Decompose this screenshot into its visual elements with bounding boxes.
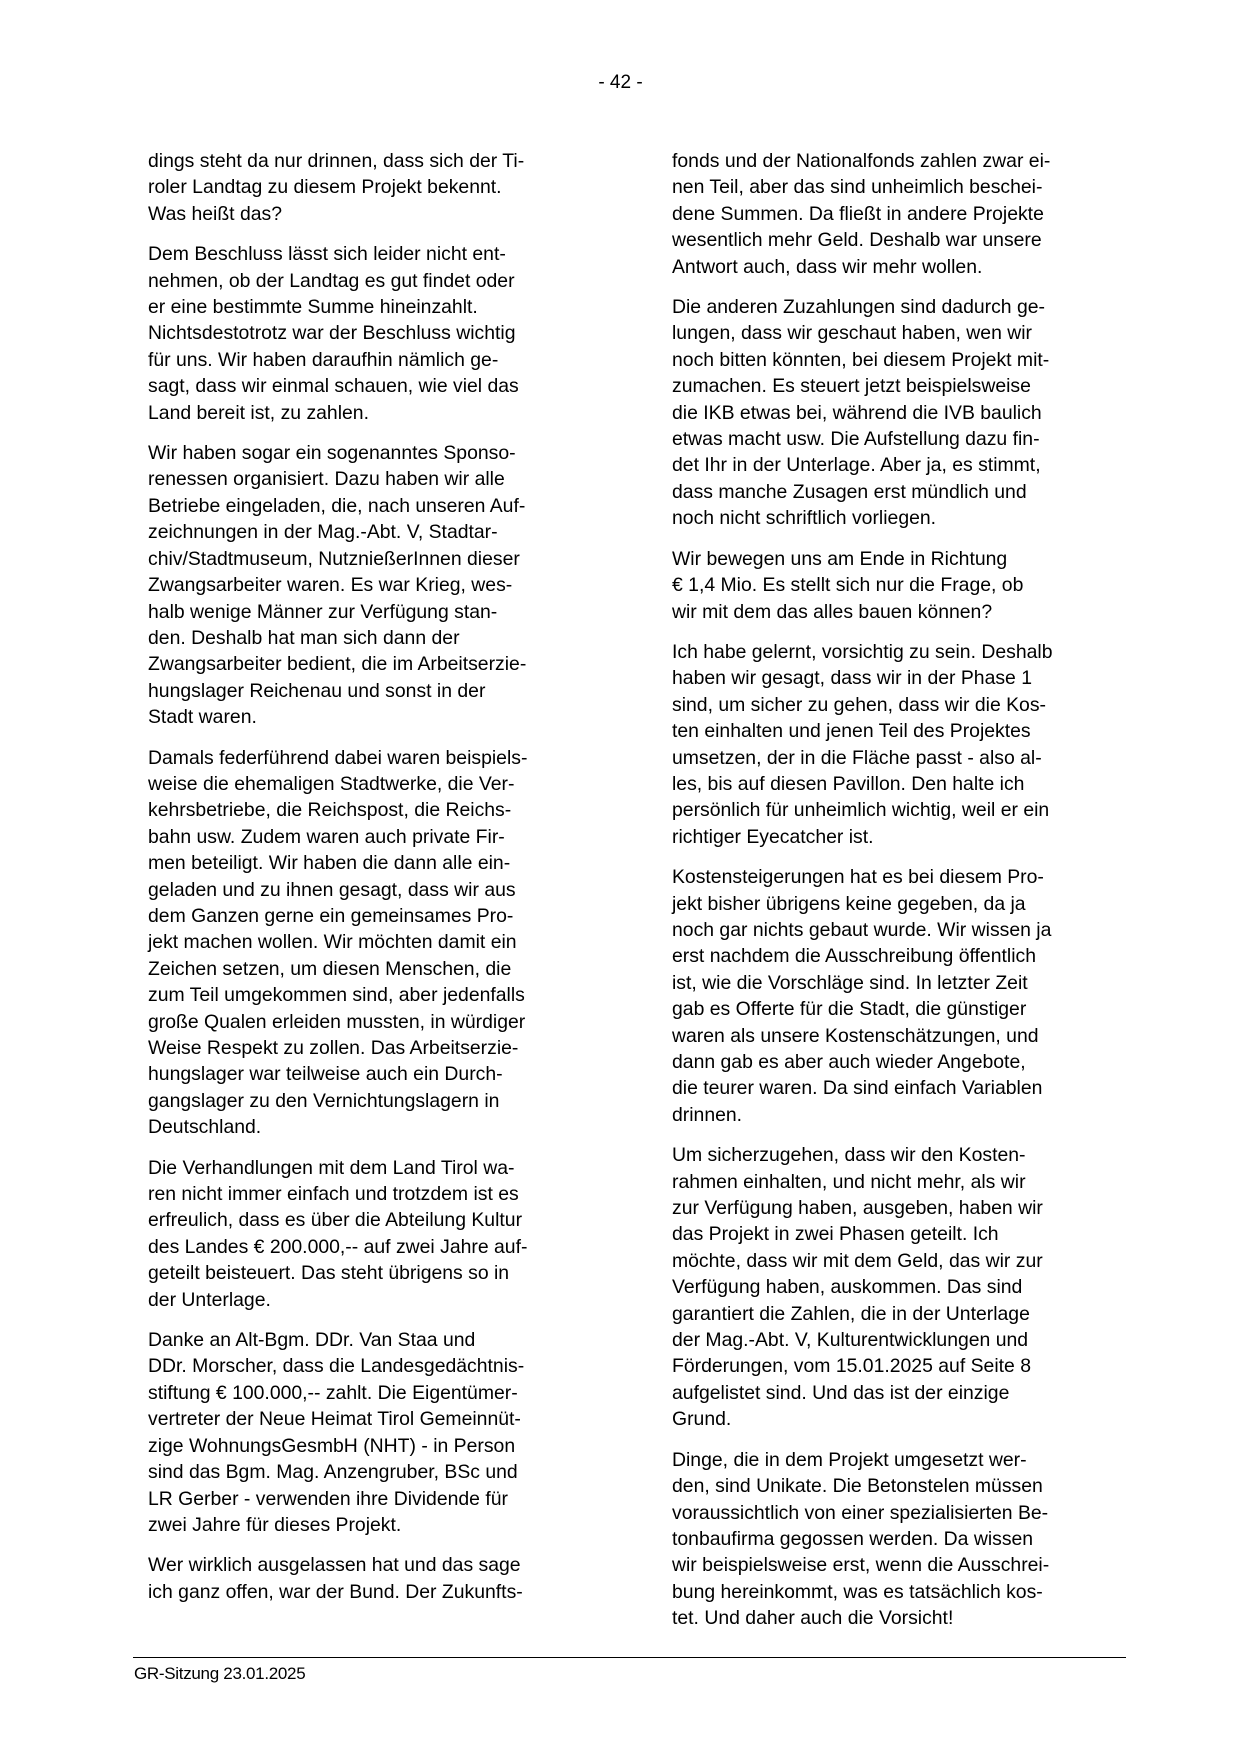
text-line: Wer wirklich ausgelassen hat und das sag…: [148, 1552, 598, 1578]
text-line: Weise Respekt zu zollen. Das Arbeitserzi…: [148, 1035, 598, 1061]
footer-divider: [133, 1657, 1126, 1658]
text-line: fonds und der Nationalfonds zahlen zwar …: [672, 148, 1122, 174]
text-line: LR Gerber - verwenden ihre Dividende für: [148, 1486, 598, 1512]
text-line: hungslager war teilweise auch ein Durch-: [148, 1061, 598, 1087]
text-line: sind das Bgm. Mag. Anzengruber, BSc und: [148, 1459, 598, 1485]
left-column: dings steht da nur drinnen, dass sich de…: [148, 148, 598, 1619]
text-line: die IKB etwas bei, während die IVB bauli…: [672, 400, 1122, 426]
text-line: gangslager zu den Vernichtungslagern in: [148, 1088, 598, 1114]
paragraph: dings steht da nur drinnen, dass sich de…: [148, 148, 598, 227]
text-line: roler Landtag zu diesem Projekt bekennt.: [148, 174, 598, 200]
text-line: zige WohnungsGesmbH (NHT) - in Person: [148, 1433, 598, 1459]
text-line: ist, wie die Vorschläge sind. In letzter…: [672, 970, 1122, 996]
text-line: bung hereinkommt, was es tatsächlich kos…: [672, 1579, 1122, 1605]
text-line: Zwangsarbeiter bedient, die im Arbeitser…: [148, 651, 598, 677]
text-line: große Qualen erleiden mussten, in würdig…: [148, 1009, 598, 1035]
paragraph: Wer wirklich ausgelassen hat und das sag…: [148, 1552, 598, 1605]
text-line: noch bitten könnten, bei diesem Projekt …: [672, 347, 1122, 373]
paragraph: Kostensteigerungen hat es bei diesem Pro…: [672, 864, 1122, 1128]
paragraph: Damals federführend dabei waren beispiel…: [148, 745, 598, 1141]
text-line: persönlich für unheimlich wichtig, weil …: [672, 797, 1122, 823]
text-line: stiftung € 100.000,-- zahlt. Die Eigentü…: [148, 1380, 598, 1406]
text-line: Stadt waren.: [148, 704, 598, 730]
text-line: ten einhalten und jenen Teil des Projekt…: [672, 718, 1122, 744]
text-line: erst nachdem die Ausschreibung öffentlic…: [672, 943, 1122, 969]
paragraph: Dem Beschluss lässt sich leider nicht en…: [148, 241, 598, 426]
text-line: Danke an Alt-Bgm. DDr. Van Staa und: [148, 1327, 598, 1353]
paragraph: Danke an Alt-Bgm. DDr. Van Staa undDDr. …: [148, 1327, 598, 1538]
text-line: möchte, dass wir mit dem Geld, das wir z…: [672, 1248, 1122, 1274]
text-line: ich ganz offen, war der Bund. Der Zukunf…: [148, 1579, 598, 1605]
text-line: zur Verfügung haben, ausgeben, haben wir: [672, 1195, 1122, 1221]
text-line: weise die ehemaligen Stadtwerke, die Ver…: [148, 771, 598, 797]
text-line: nehmen, ob der Landtag es gut findet ode…: [148, 268, 598, 294]
text-line: wir mit dem das alles bauen können?: [672, 599, 1122, 625]
text-line: nen Teil, aber das sind unheimlich besch…: [672, 174, 1122, 200]
text-line: vertreter der Neue Heimat Tirol Gemeinnü…: [148, 1406, 598, 1432]
paragraph: Ich habe gelernt, vorsichtig zu sein. De…: [672, 639, 1122, 850]
text-line: tet. Und daher auch die Vorsicht!: [672, 1605, 1122, 1631]
text-line: halb wenige Männer zur Verfügung stan-: [148, 599, 598, 625]
text-line: den. Deshalb hat man sich dann der: [148, 625, 598, 651]
text-line: Zeichen setzen, um diesen Menschen, die: [148, 956, 598, 982]
text-line: kehrsbetriebe, die Reichspost, die Reich…: [148, 797, 598, 823]
text-line: Zwangsarbeiter waren. Es war Krieg, wes-: [148, 572, 598, 598]
text-line: chiv/Stadtmuseum, NutznießerInnen dieser: [148, 546, 598, 572]
text-line: Grund.: [672, 1406, 1122, 1432]
text-line: zumachen. Es steuert jetzt beispielsweis…: [672, 373, 1122, 399]
text-line: gab es Offerte für die Stadt, die günsti…: [672, 996, 1122, 1022]
text-line: Land bereit ist, zu zahlen.: [148, 400, 598, 426]
text-line: den, sind Unikate. Die Betonstelen müsse…: [672, 1473, 1122, 1499]
text-line: die teurer waren. Da sind einfach Variab…: [672, 1075, 1122, 1101]
text-line: für uns. Wir haben daraufhin nämlich ge-: [148, 347, 598, 373]
text-line: lungen, dass wir geschaut haben, wen wir: [672, 320, 1122, 346]
text-line: zum Teil umgekommen sind, aber jedenfall…: [148, 982, 598, 1008]
text-line: Damals federführend dabei waren beispiel…: [148, 745, 598, 771]
text-line: noch gar nichts gebaut wurde. Wir wissen…: [672, 917, 1122, 943]
text-line: € 1,4 Mio. Es stellt sich nur die Frage,…: [672, 572, 1122, 598]
text-line: zwei Jahre für dieses Projekt.: [148, 1512, 598, 1538]
text-line: das Projekt in zwei Phasen geteilt. Ich: [672, 1221, 1122, 1247]
paragraph: Um sicherzugehen, dass wir den Kosten-ra…: [672, 1142, 1122, 1432]
paragraph: Wir haben sogar ein sogenanntes Sponso-r…: [148, 440, 598, 730]
text-line: geteilt beisteuert. Das steht übrigens s…: [148, 1260, 598, 1286]
text-line: DDr. Morscher, dass die Landesgedächtnis…: [148, 1353, 598, 1379]
text-line: richtiger Eyecatcher ist.: [672, 824, 1122, 850]
text-line: er eine bestimmte Summe hineinzahlt.: [148, 294, 598, 320]
text-line: Deutschland.: [148, 1114, 598, 1140]
text-line: tonbaufirma gegossen werden. Da wissen: [672, 1526, 1122, 1552]
paragraph: Die Verhandlungen mit dem Land Tirol wa-…: [148, 1155, 598, 1313]
text-line: wesentlich mehr Geld. Deshalb war unsere: [672, 227, 1122, 253]
text-line: bahn usw. Zudem waren auch private Fir-: [148, 824, 598, 850]
text-line: Förderungen, vom 15.01.2025 auf Seite 8: [672, 1353, 1122, 1379]
text-line: dings steht da nur drinnen, dass sich de…: [148, 148, 598, 174]
text-line: dass manche Zusagen erst mündlich und: [672, 479, 1122, 505]
text-line: Verfügung haben, auskommen. Das sind: [672, 1274, 1122, 1300]
text-line: Ich habe gelernt, vorsichtig zu sein. De…: [672, 639, 1122, 665]
paragraph: Dinge, die in dem Projekt umgesetzt wer-…: [672, 1447, 1122, 1632]
text-line: etwas macht usw. Die Aufstellung dazu fi…: [672, 426, 1122, 452]
text-line: Betriebe eingeladen, die, nach unseren A…: [148, 493, 598, 519]
text-line: Dinge, die in dem Projekt umgesetzt wer-: [672, 1447, 1122, 1473]
text-line: jekt machen wollen. Wir möchten damit ei…: [148, 929, 598, 955]
text-line: ren nicht immer einfach und trotzdem ist…: [148, 1181, 598, 1207]
text-line: drinnen.: [672, 1102, 1122, 1128]
text-line: Wir haben sogar ein sogenanntes Sponso-: [148, 440, 598, 466]
text-line: det Ihr in der Unterlage. Aber ja, es st…: [672, 452, 1122, 478]
text-line: wir beispielsweise erst, wenn die Aussch…: [672, 1552, 1122, 1578]
text-line: der Mag.-Abt. V, Kulturentwicklungen und: [672, 1327, 1122, 1353]
text-line: garantiert die Zahlen, die in der Unterl…: [672, 1301, 1122, 1327]
text-line: Wir bewegen uns am Ende in Richtung: [672, 546, 1122, 572]
text-line: hungslager Reichenau und sonst in der: [148, 678, 598, 704]
paragraph: Wir bewegen uns am Ende in Richtung€ 1,4…: [672, 546, 1122, 625]
text-line: jekt bisher übrigens keine gegeben, da j…: [672, 891, 1122, 917]
text-line: umsetzen, der in die Fläche passt - also…: [672, 745, 1122, 771]
text-line: aufgelistet sind. Und das ist der einzig…: [672, 1380, 1122, 1406]
text-line: dem Ganzen gerne ein gemeinsames Pro-: [148, 903, 598, 929]
text-line: Die anderen Zuzahlungen sind dadurch ge-: [672, 294, 1122, 320]
text-line: erfreulich, dass es über die Abteilung K…: [148, 1207, 598, 1233]
text-line: geladen und zu ihnen gesagt, dass wir au…: [148, 877, 598, 903]
text-line: noch nicht schriftlich vorliegen.: [672, 505, 1122, 531]
footer-session-date: GR-Sitzung 23.01.2025: [134, 1664, 305, 1684]
text-line: des Landes € 200.000,-- auf zwei Jahre a…: [148, 1234, 598, 1260]
text-line: sagt, dass wir einmal schauen, wie viel …: [148, 373, 598, 399]
text-line: Kostensteigerungen hat es bei diesem Pro…: [672, 864, 1122, 890]
text-line: voraussichtlich von einer spezialisierte…: [672, 1500, 1122, 1526]
text-line: les, bis auf diesen Pavillon. Den halte …: [672, 771, 1122, 797]
text-line: haben wir gesagt, dass wir in der Phase …: [672, 665, 1122, 691]
text-line: dene Summen. Da fließt in andere Projekt…: [672, 201, 1122, 227]
text-line: Nichtsdestotrotz war der Beschluss wicht…: [148, 320, 598, 346]
text-line: Die Verhandlungen mit dem Land Tirol wa-: [148, 1155, 598, 1181]
text-line: renessen organisiert. Dazu haben wir all…: [148, 466, 598, 492]
text-line: rahmen einhalten, und nicht mehr, als wi…: [672, 1169, 1122, 1195]
paragraph: fonds und der Nationalfonds zahlen zwar …: [672, 148, 1122, 280]
right-column: fonds und der Nationalfonds zahlen zwar …: [672, 148, 1122, 1646]
text-line: men beteiligt. Wir haben die dann alle e…: [148, 850, 598, 876]
text-line: sind, um sicher zu gehen, dass wir die K…: [672, 692, 1122, 718]
text-line: Was heißt das?: [148, 201, 598, 227]
text-line: der Unterlage.: [148, 1287, 598, 1313]
text-line: Antwort auch, dass wir mehr wollen.: [672, 254, 1122, 280]
text-line: zeichnungen in der Mag.-Abt. V, Stadtar-: [148, 519, 598, 545]
paragraph: Die anderen Zuzahlungen sind dadurch ge-…: [672, 294, 1122, 532]
page-number: - 42 -: [0, 72, 1241, 94]
text-line: Um sicherzugehen, dass wir den Kosten-: [672, 1142, 1122, 1168]
text-line: waren als unsere Kostenschätzungen, und: [672, 1023, 1122, 1049]
text-line: dann gab es aber auch wieder Angebote,: [672, 1049, 1122, 1075]
text-line: Dem Beschluss lässt sich leider nicht en…: [148, 241, 598, 267]
